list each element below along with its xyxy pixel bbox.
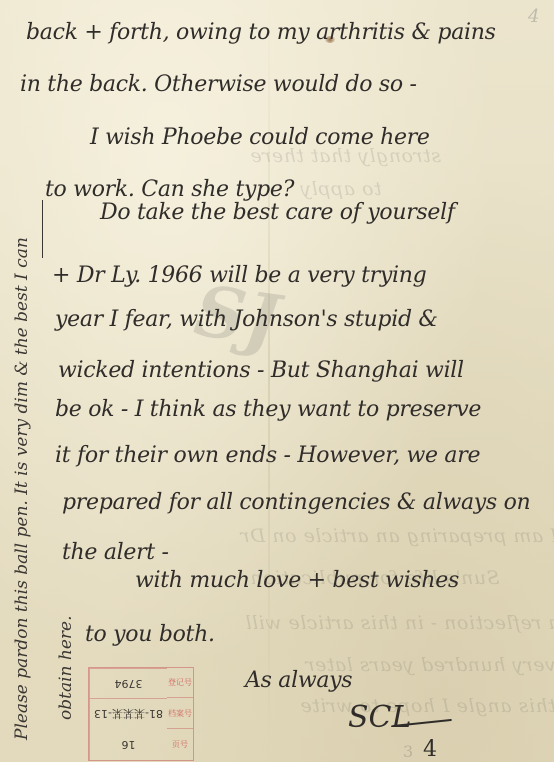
letter-line-1: back + forth, owing to my arthritis & pa…	[26, 20, 496, 45]
margin-note-inner: Please pardon this ball pen. It is very …	[12, 237, 32, 740]
letter-line-3: I wish Phoebe could come here	[90, 125, 430, 150]
letter-line-4: to work. Can she type?	[45, 177, 294, 202]
letter-line-9: be ok - I think as they want to preserve	[55, 397, 481, 422]
margin-underline	[42, 200, 43, 258]
signature: SCL	[348, 700, 411, 735]
letter-line-13: with much love + best wishes	[135, 568, 459, 593]
page-number: 4	[423, 737, 437, 762]
show-through-line: to apply	[300, 178, 382, 200]
letter-line-6: + Dr Ly. 1966 will be a very trying	[52, 263, 426, 288]
letter-line-5: Do take the best care of yourself	[100, 200, 455, 225]
letter-line-14: to you both.	[85, 622, 215, 647]
letter-line-2: in the back. Otherwise would do so -	[20, 72, 417, 97]
stamp-value-3: 16	[89, 729, 167, 760]
show-through-line: a reflection - in this article will	[245, 612, 554, 634]
margin-note-outer: obtain here.	[56, 616, 76, 720]
letter-line-7: year I fear, with Johnson's stupid &	[55, 307, 438, 332]
stamp-value-1: 3794	[89, 668, 167, 698]
stamp-value-2: 81-某某某-13	[89, 698, 167, 729]
closing: As always	[245, 668, 352, 693]
stamp-label-2: 档案号	[167, 698, 193, 729]
stamp-label-3: 页号	[167, 729, 193, 760]
show-through-line: this angle I hope to write	[300, 695, 554, 717]
stamp-label-1: 登记号	[167, 668, 193, 698]
show-through-line: I am preparing an article on Dr	[240, 525, 554, 547]
faint-page-number: 3	[403, 742, 413, 761]
letter-line-10: it for their own ends - However, we are	[55, 443, 480, 468]
letter-line-11: prepared for all contingencies & always …	[62, 490, 530, 515]
letter-page: strongly that there to apply I am prepar…	[0, 0, 554, 762]
letter-line-12: the alert -	[62, 540, 169, 565]
archive-stamp: 3794 登记号 81-某某某-13 档案号 16 页号	[88, 667, 194, 761]
corner-page-mark: 4	[528, 6, 539, 27]
letter-line-8: wicked intentions - But Shanghai will	[58, 358, 464, 383]
